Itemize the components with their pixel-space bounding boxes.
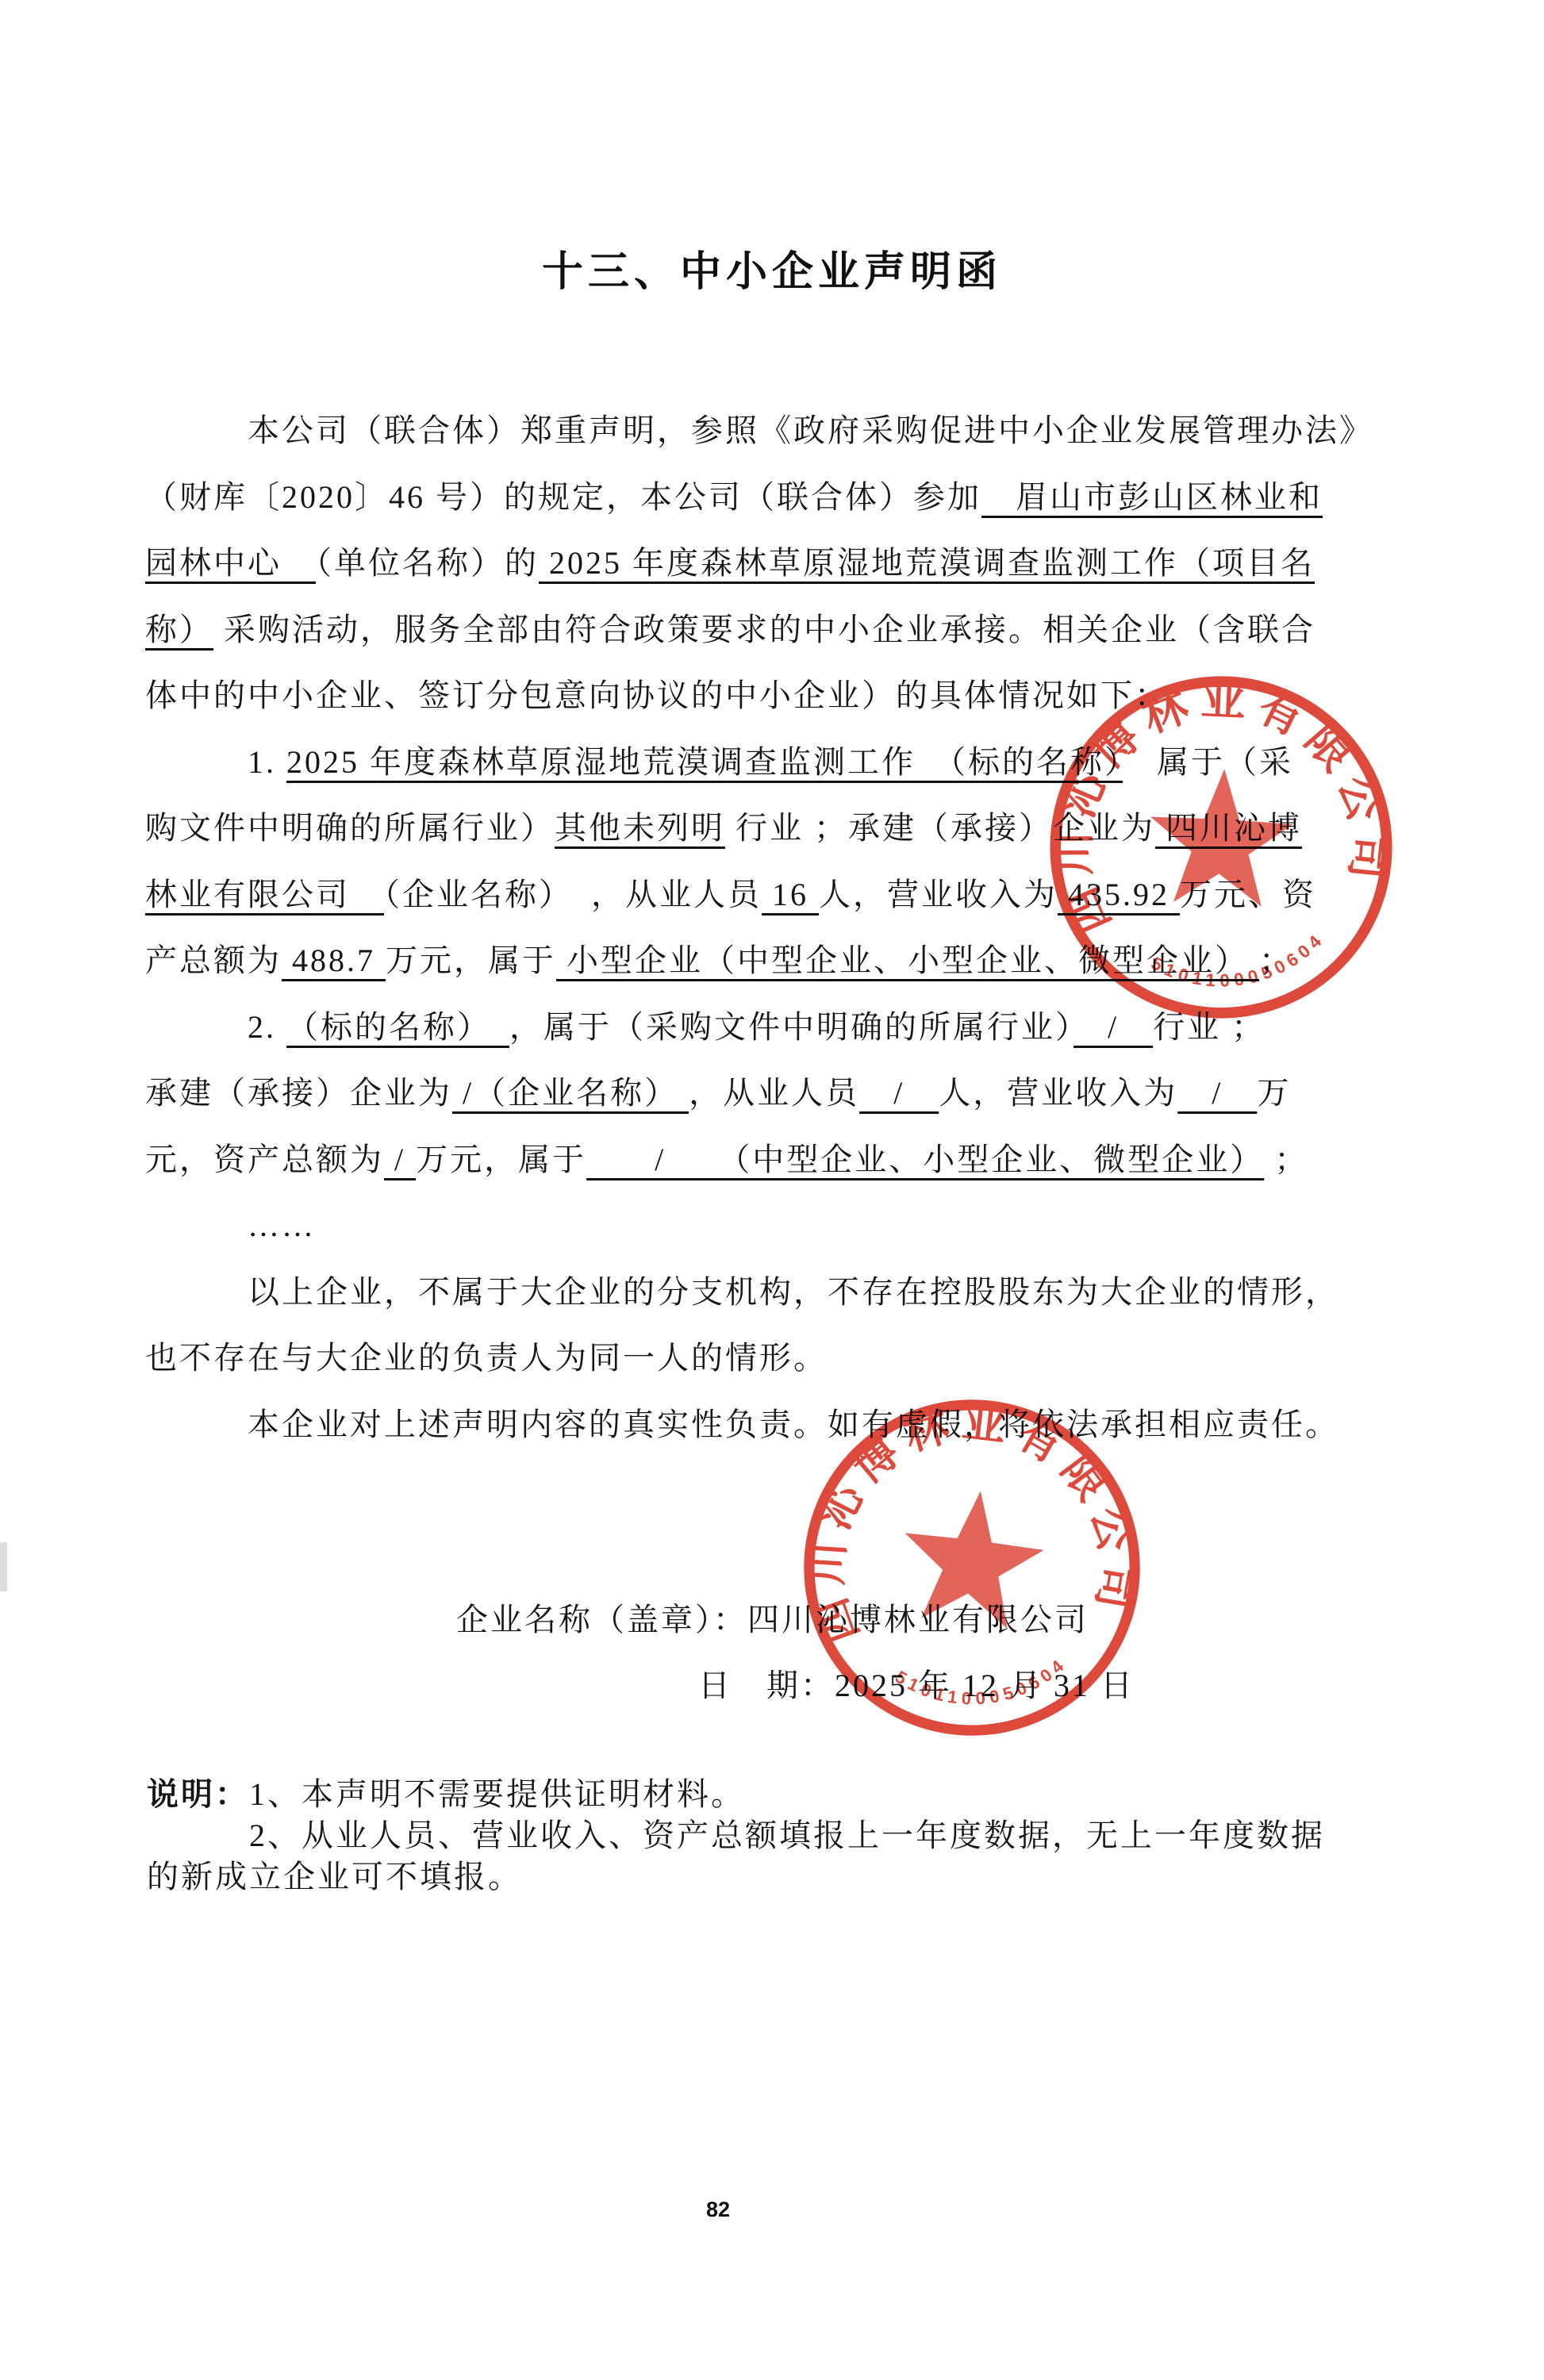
notes-block: 说明：1、本声明不需要提供证明材料。 2、从业人员、营业收入、资产总额填报上一年… xyxy=(147,1774,1432,1898)
body-text: 采购活动，服务全部由符合政策要求的中小企业承接。相关企业（含联合 xyxy=(213,612,1315,647)
note-label: 说明： xyxy=(147,1776,249,1812)
body-text: 本企业对上述声明内容的真实性负责。如有虚假，将依法承担相应责任。 xyxy=(145,1407,1339,1442)
document-page: 十三、中小企业声明函 本公司（联合体）郑重声明，参照《政府采购促进中小企业发展管… xyxy=(0,0,1544,2380)
body-text: 2. xyxy=(145,1009,286,1045)
body-text: （财库〔2020〕46 号）的规定，本公司（联合体）参加 xyxy=(145,479,981,515)
filled-blank: 其他未列明 xyxy=(555,810,725,846)
filled-blank: 2025 年度森林草原湿地荒漠调查监测工作（项目名 xyxy=(539,545,1315,581)
filled-blank: （标的名称） xyxy=(286,1009,509,1045)
svg-text:5101100050604: 5101100050604 xyxy=(890,1652,1074,1715)
filled-blank: 园林中心 xyxy=(145,545,316,581)
body-line: 称） 采购活动，服务全部由符合政策要求的中小企业承接。相关企业（含联合 xyxy=(145,611,1315,649)
body-line: 本公司（联合体）郑重声明，参照《政府采购促进中小企业发展管理办法》 xyxy=(145,412,1373,450)
filled-blank: 眉山市彭山区林业和 xyxy=(981,479,1323,515)
body-line: （财库〔2020〕46 号）的规定，本公司（联合体）参加 眉山市彭山区林业和 xyxy=(145,478,1323,516)
seal-company-name: 四川沁博林业有限公司 xyxy=(786,1382,1149,1650)
filled-blank: 林业有限公司 xyxy=(145,877,384,912)
body-line: 也不存在与大企业的负责人为同一人的情形。 xyxy=(145,1339,828,1377)
filled-blank: / xyxy=(384,1142,416,1177)
body-text: 1. xyxy=(145,744,286,780)
body-text: 本公司（联合体）郑重声明，参照《政府采购促进中小企业发展管理办法》 xyxy=(145,413,1373,448)
body-text: 以上企业，不属于大企业的分支机构，不存在控股股东为大企业的情形， xyxy=(145,1274,1339,1310)
star-icon xyxy=(902,1486,1050,1637)
body-line: 以上企业，不属于大企业的分支机构，不存在控股股东为大企业的情形， xyxy=(145,1273,1339,1311)
body-line: …… xyxy=(145,1207,316,1245)
body-text: （企业名称） ，从业人员 xyxy=(384,877,762,912)
body-text: （单位名称）的 xyxy=(316,545,539,581)
filled-blank: 称） xyxy=(145,612,213,647)
seal-company-name: 四川沁博林业有限公司 xyxy=(1021,648,1404,943)
body-line: 本企业对上述声明内容的真实性负责。如有虚假，将依法承担相应责任。 xyxy=(145,1406,1339,1444)
body-text: 也不存在与大企业的负责人为同一人的情形。 xyxy=(145,1340,828,1376)
body-text: ； xyxy=(1264,1142,1308,1177)
page-number: 82 xyxy=(0,2198,1436,2222)
note-text: 的新成立企业可不填报。 xyxy=(147,1859,522,1894)
note-line: 2、从业人员、营业收入、资产总额填报上一年度数据，无上一年度数据 xyxy=(147,1815,1432,1856)
body-text: 万元，属于 xyxy=(416,1142,586,1177)
note-text: 2、从业人员、营业收入、资产总额填报上一年度数据，无上一年度数据 xyxy=(147,1818,1325,1853)
body-text: 产总额为 xyxy=(145,942,282,978)
body-line: 园林中心 （单位名称）的 2025 年度森林草原湿地荒漠调查监测工作（项目名 xyxy=(145,544,1315,582)
svg-text:四川沁博林业有限公司: 四川沁博林业有限公司 xyxy=(1021,648,1404,943)
company-seal-bottom: 四川沁博林业有限公司 5101100050604 xyxy=(782,1374,1162,1762)
scan-edge-artifact xyxy=(0,1542,7,1591)
body-text: ，属于（采购文件中明确的所属行业） xyxy=(509,1009,1074,1045)
note-text: 1、本声明不需要提供证明材料。 xyxy=(249,1776,745,1812)
body-line: 承建（承接）企业为 /（企业名称） ，从业人员 / 人，营业收入为 / 万 xyxy=(145,1074,1291,1112)
body-text: 购文件中明确的所属行业） xyxy=(145,810,555,846)
body-text: 万元，属于 xyxy=(386,942,556,978)
filled-blank: / （中型企业、小型企业、微型企业） xyxy=(586,1142,1264,1177)
page-title: 十三、中小企业声明函 xyxy=(0,238,1544,297)
body-text: …… xyxy=(145,1207,316,1243)
svg-text:四川沁博林业有限公司: 四川沁博林业有限公司 xyxy=(786,1382,1149,1650)
body-text: 人，营业收入为 xyxy=(819,877,1058,912)
filled-blank: / xyxy=(1177,1075,1257,1111)
filled-blank: / xyxy=(859,1075,939,1111)
body-text: 万 xyxy=(1257,1075,1291,1111)
body-line: 元，资产总额为 / 万元，属于 / （中型企业、小型企业、微型企业） ； xyxy=(145,1141,1308,1179)
seal-code: 5101100050604 xyxy=(890,1652,1074,1715)
star-icon xyxy=(1145,760,1305,922)
body-text: 元，资产总额为 xyxy=(145,1142,384,1177)
body-text: ，从业人员 xyxy=(689,1075,859,1111)
note-line: 的新成立企业可不填报。 xyxy=(147,1856,1432,1898)
body-text: 承建（承接）企业为 xyxy=(145,1075,452,1111)
company-seal-top: 四川沁博林业有限公司 5101100050604 xyxy=(1004,641,1438,1054)
filled-blank: 2025 年度森林草原湿地荒漠调查监测工作 （标的名称） xyxy=(286,744,1123,780)
body-text: 人，营业收入为 xyxy=(939,1075,1177,1111)
filled-blank: 488.7 xyxy=(282,942,386,978)
note-line: 说明：1、本声明不需要提供证明材料。 xyxy=(147,1774,1432,1815)
filled-blank: /（企业名称） xyxy=(452,1075,689,1111)
filled-blank: 16 xyxy=(762,877,819,912)
